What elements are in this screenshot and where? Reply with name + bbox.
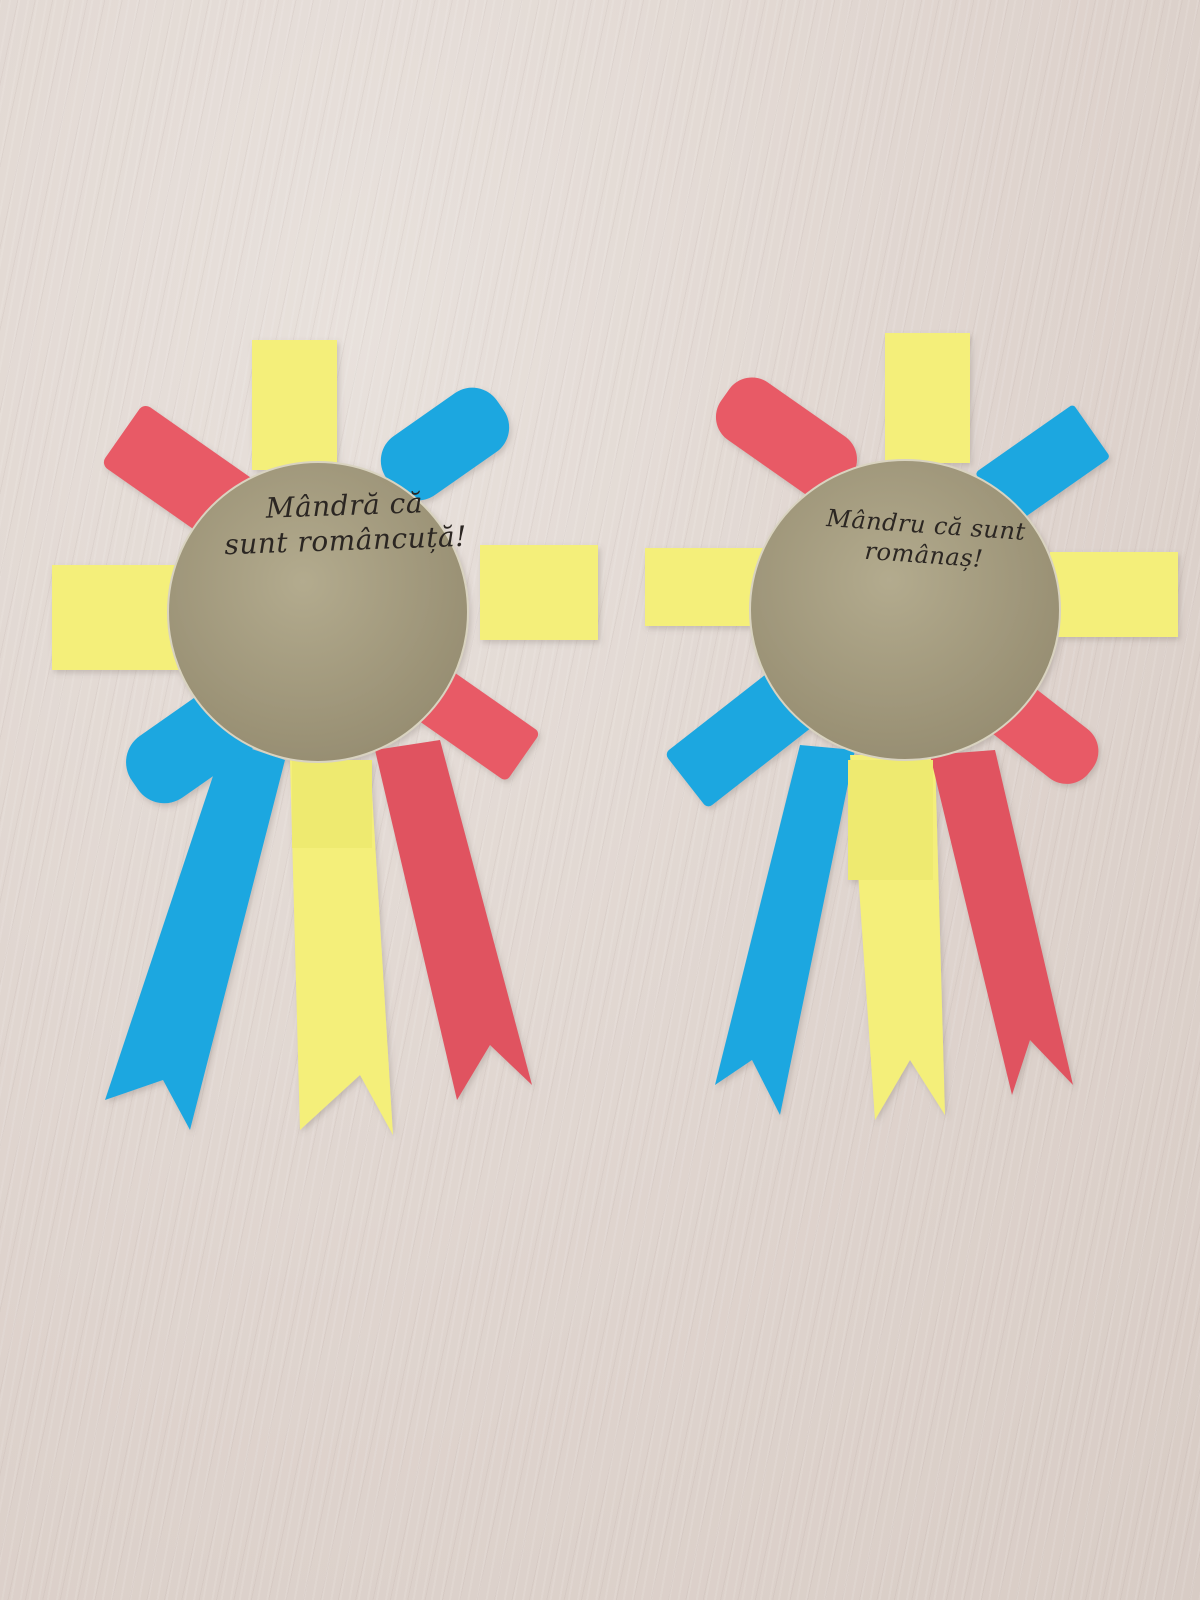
tail-red-left: [375, 740, 532, 1100]
photo-scene: Mândră că sunt româncuță! Mândru că sunt…: [0, 0, 1200, 1600]
rosette-left: [52, 340, 598, 1135]
yellow-fold-right: [848, 760, 933, 880]
medal-text-left: Mândră că sunt româncuță!: [194, 483, 496, 563]
tail-blue-right: [715, 745, 855, 1115]
yellow-fold-left: [292, 760, 372, 848]
rosettes-illustration: [0, 0, 1200, 1600]
loop-right-yellow: [480, 545, 598, 640]
rosette-right: [645, 333, 1178, 1120]
tail-blue-left: [105, 740, 285, 1130]
loop-left-yellow: [52, 565, 187, 670]
loop-top-yellow: [252, 340, 337, 470]
tail-red-right: [930, 750, 1073, 1095]
loop-top-yellow-r: [885, 333, 970, 463]
